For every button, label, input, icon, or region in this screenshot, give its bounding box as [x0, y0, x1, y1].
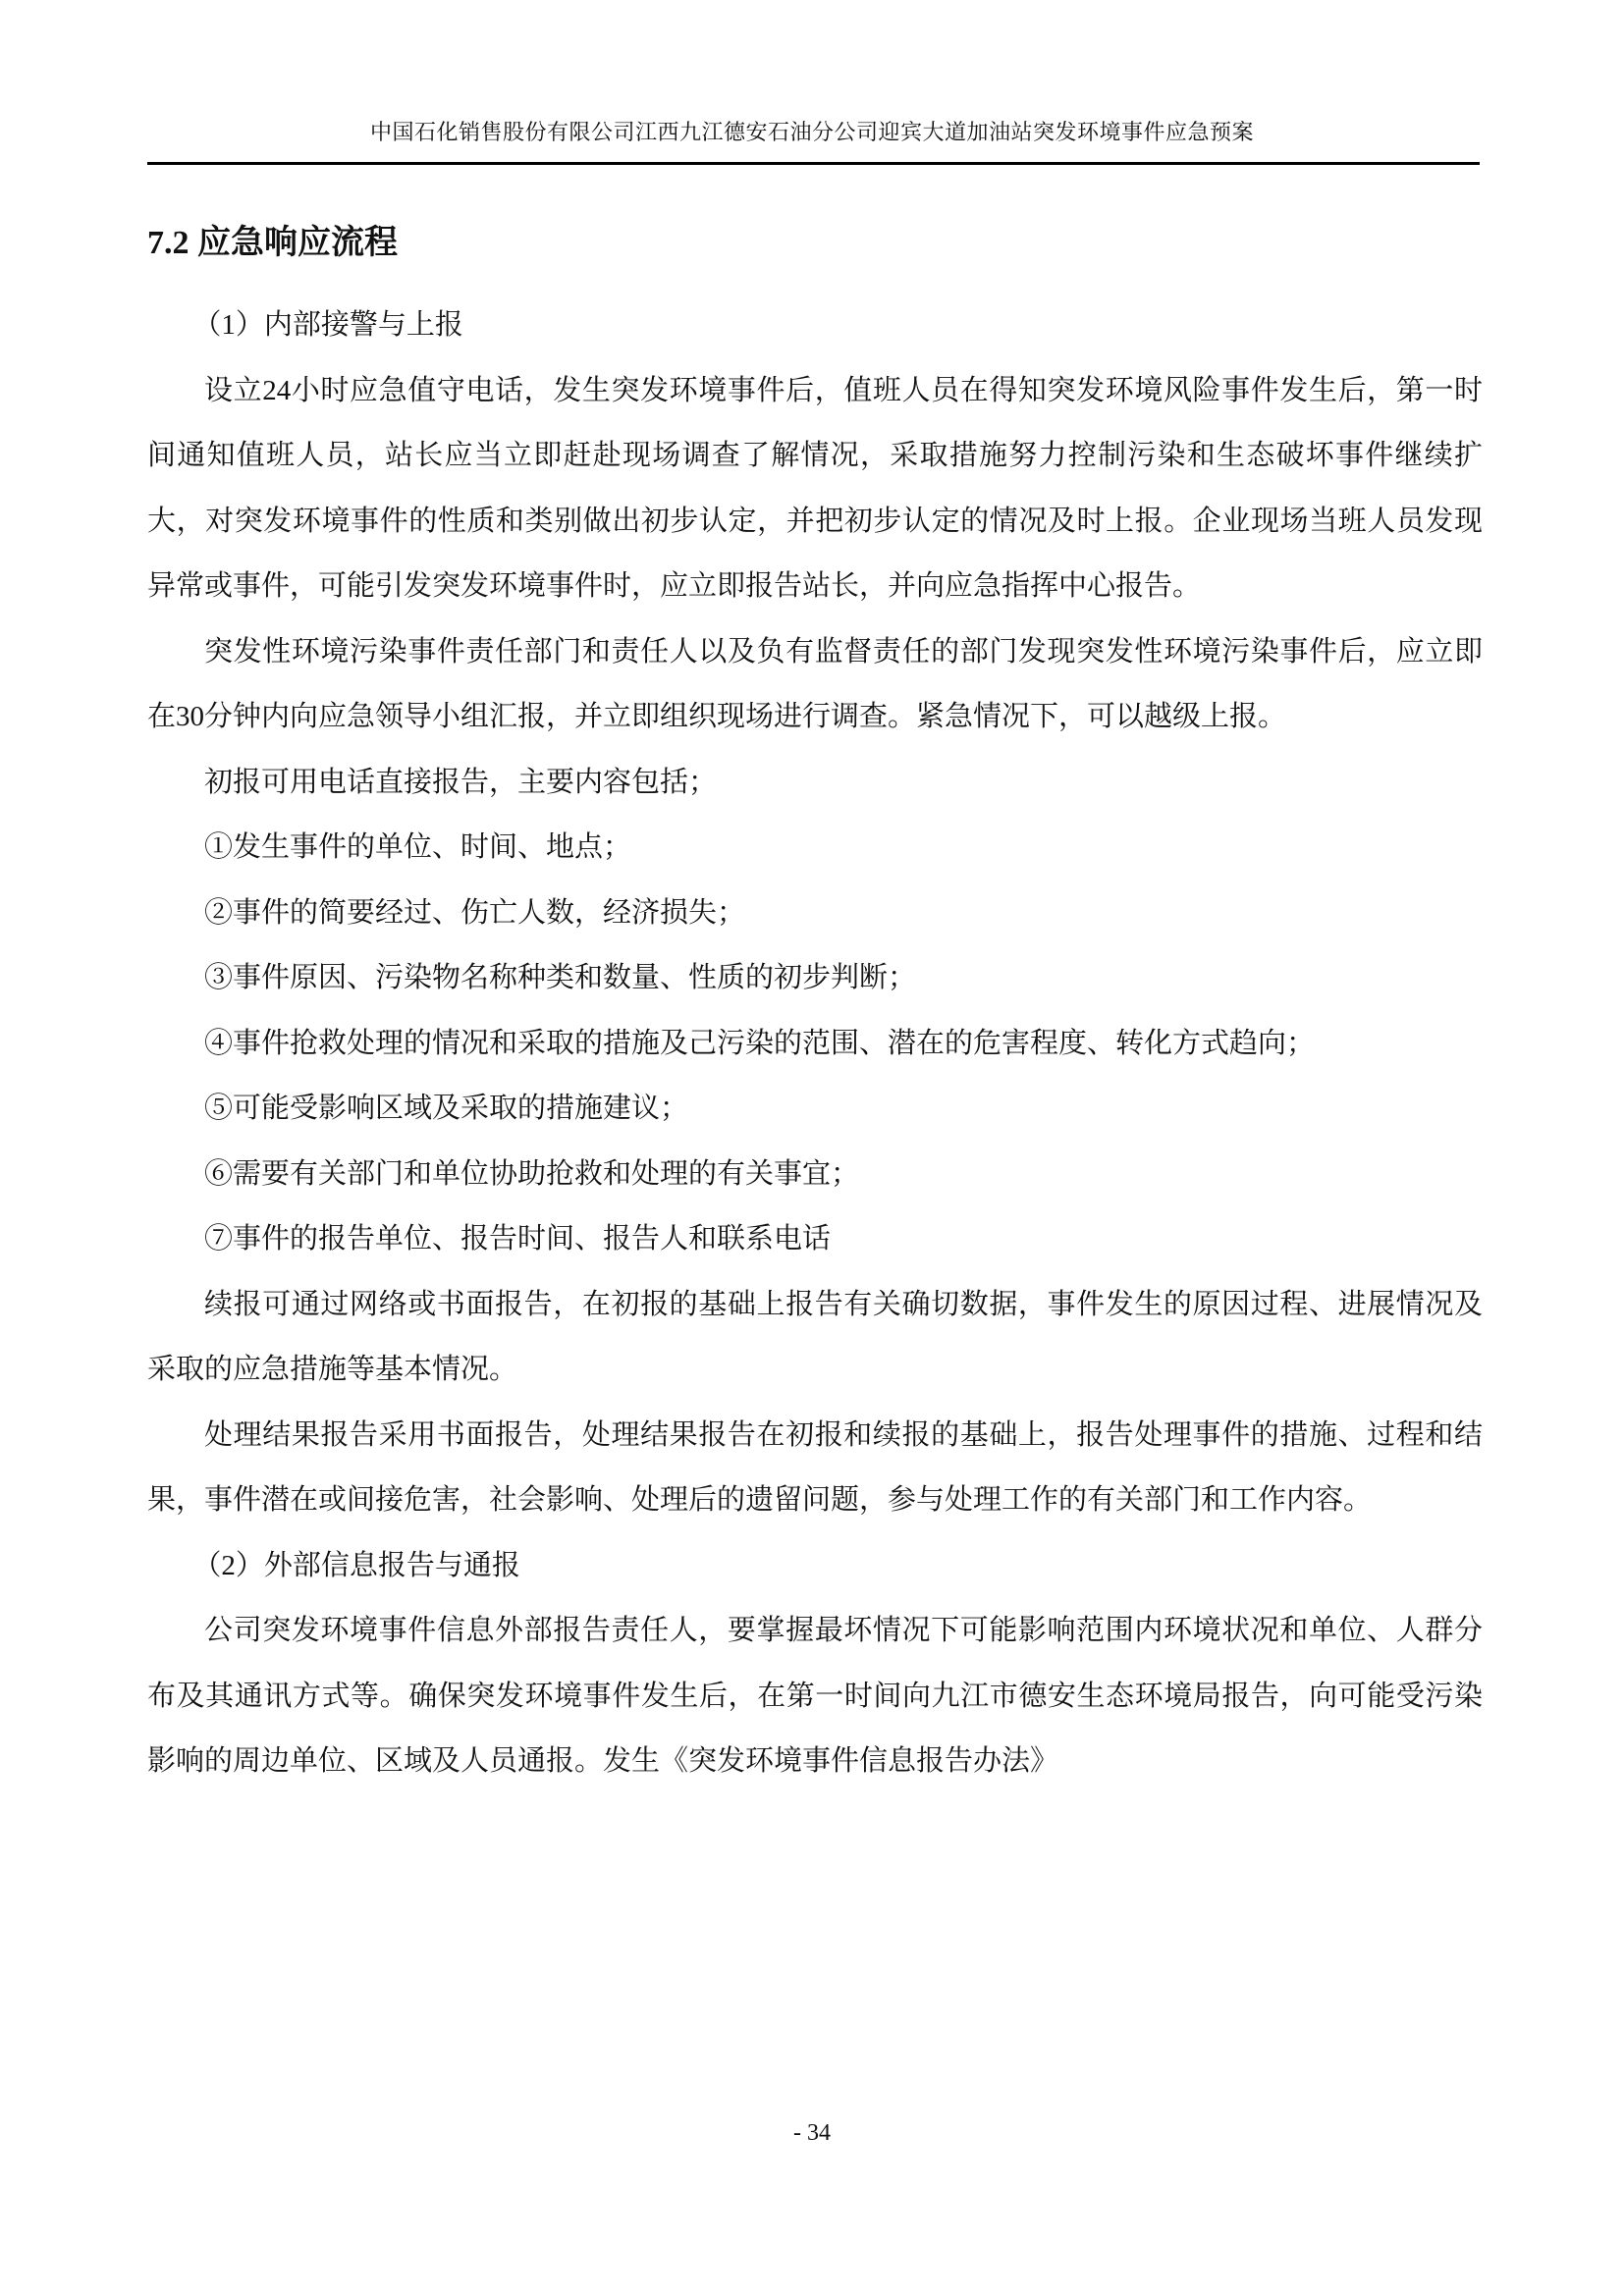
paragraph: 处理结果报告采用书面报告，处理结果报告在初报和续报的基础上，报告处理事件的措施、… — [147, 1403, 1483, 1533]
header-divider — [147, 162, 1480, 165]
page-body: 7.2 应急响应流程 （1）内部接警与上报 设立24小时应急值守电话，发生突发环… — [147, 216, 1483, 1794]
running-header: 中国石化销售股份有限公司江西九江德安石油分公司迎宾大道加油站突发环境事件应急预案 — [0, 116, 1624, 146]
list-item: ④事件抢救处理的情况和采取的措施及己污染的范围、潜在的危害程度、转化方式趋向； — [147, 1011, 1483, 1077]
list-item: ⑥需要有关部门和单位协助抢救和处理的有关事宜； — [147, 1142, 1483, 1207]
list-item: ③事件原因、污染物名称种类和数量、性质的初步判断； — [147, 945, 1483, 1011]
subheading-internal-reporting: （1）内部接警与上报 — [147, 293, 1483, 358]
paragraph: 设立24小时应急值守电话，发生突发环境事件后，值班人员在得知突发环境风险事件发生… — [147, 358, 1483, 619]
list-item: ⑤可能受影响区域及采取的措施建议； — [147, 1076, 1483, 1142]
paragraph: 公司突发环境事件信息外部报告责任人，要掌握最坏情况下可能影响范围内环境状况和单位… — [147, 1598, 1483, 1794]
list-item: ⑦事件的报告单位、报告时间、报告人和联系电话 — [147, 1206, 1483, 1272]
paragraph: 突发性环境污染事件责任部门和责任人以及负有监督责任的部门发现突发性环境污染事件后… — [147, 619, 1483, 750]
paragraph: 续报可通过网络或书面报告，在初报的基础上报告有关确切数据，事件发生的原因过程、进… — [147, 1272, 1483, 1403]
paragraph: 初报可用电话直接报告，主要内容包括； — [147, 750, 1483, 816]
page-number: - 34 — [0, 2120, 1624, 2147]
subheading-external-reporting: （2）外部信息报告与通报 — [147, 1533, 1483, 1599]
list-item: ①发生事件的单位、时间、地点； — [147, 815, 1483, 881]
section-title: 7.2 应急响应流程 — [147, 216, 1483, 271]
list-item: ②事件的简要经过、伤亡人数，经济损失； — [147, 881, 1483, 946]
